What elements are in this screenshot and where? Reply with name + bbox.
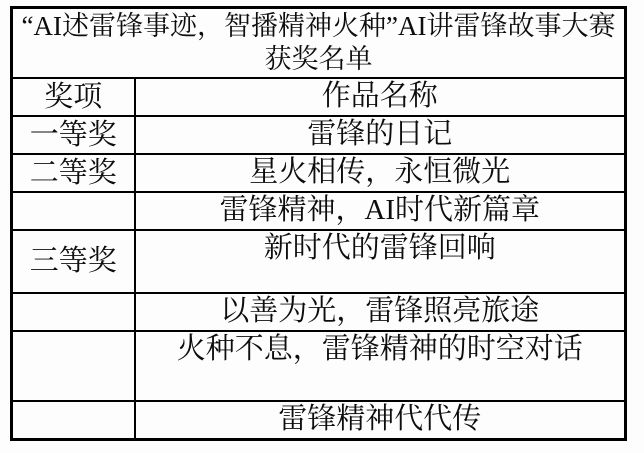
work-cell: 新时代的雷锋回响 xyxy=(135,230,626,293)
table-title: “AI述雷锋事迹，智播精神火种”AI讲雷锋故事大赛 获奖名单 xyxy=(12,8,626,79)
award-table: “AI述雷锋事迹，智播精神火种”AI讲雷锋故事大赛 获奖名单 奖项 作品名称 一… xyxy=(10,6,627,441)
column-header-award: 奖项 xyxy=(12,78,135,116)
table-row: 一等奖 雷锋的日记 xyxy=(12,116,626,154)
work-cell: 火种不息，雷锋精神的时空对话 xyxy=(135,331,626,401)
award-cell xyxy=(12,293,135,331)
table-row: 火种不息，雷锋精神的时空对话 xyxy=(12,331,626,401)
work-cell: 星火相传，永恒微光 xyxy=(135,154,626,192)
table-title-line1: “AI述雷锋事迹，智播精神火种”AI讲雷锋故事大赛 xyxy=(13,10,624,43)
award-cell xyxy=(12,192,135,230)
table-row: 以善为光，雷锋照亮旅途 xyxy=(12,293,626,331)
work-cell: 雷锋精神代代传 xyxy=(135,401,626,440)
work-cell: 雷锋精神，AI时代新篇章 xyxy=(135,192,626,230)
award-cell xyxy=(12,401,135,440)
award-cell xyxy=(12,331,135,401)
award-cell: 一等奖 xyxy=(12,116,135,154)
table-row: 雷锋精神，AI时代新篇章 xyxy=(12,192,626,230)
table-title-row: “AI述雷锋事迹，智播精神火种”AI讲雷锋故事大赛 获奖名单 xyxy=(12,8,626,79)
table-title-line2: 获奖名单 xyxy=(13,43,624,76)
table-header-row: 奖项 作品名称 xyxy=(12,78,626,116)
column-header-work: 作品名称 xyxy=(135,78,626,116)
work-cell: 雷锋的日记 xyxy=(135,116,626,154)
award-cell: 三等奖 xyxy=(12,230,135,293)
table-row: 雷锋精神代代传 xyxy=(12,401,626,440)
work-cell: 以善为光，雷锋照亮旅途 xyxy=(135,293,626,331)
award-cell: 二等奖 xyxy=(12,154,135,192)
table-row: 三等奖 新时代的雷锋回响 xyxy=(12,230,626,293)
document-page: “AI述雷锋事迹，智播精神火种”AI讲雷锋故事大赛 获奖名单 奖项 作品名称 一… xyxy=(0,0,644,441)
table-row: 二等奖 星火相传，永恒微光 xyxy=(12,154,626,192)
